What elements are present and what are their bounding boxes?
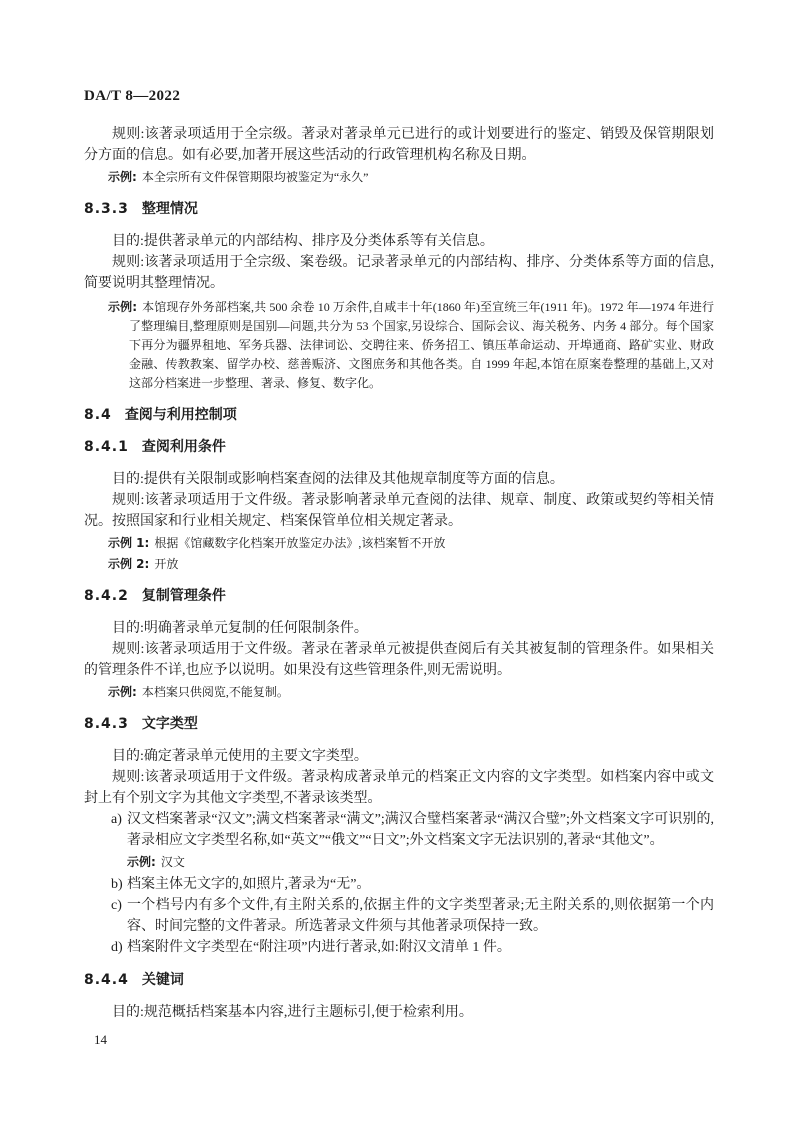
paragraph: 目的:确定著录单元使用的主要文字类型。 — [84, 746, 714, 767]
heading-number: 8.4.2 — [84, 588, 129, 604]
list-item-label: c) — [111, 895, 127, 937]
example: 示例:本档案只供阅览,不能复制。 — [84, 683, 714, 702]
paragraph: 规则:该著录项适用于全宗级、案卷级。记录著录单元的内部结构、排序、分类体系等方面… — [84, 252, 714, 294]
heading-title: 复制管理条件 — [142, 588, 226, 604]
heading-title: 整理情况 — [142, 201, 198, 217]
example-label: 示例: — [108, 300, 137, 314]
heading-title: 查阅与利用控制项 — [125, 407, 237, 423]
section-heading: 8.4.3文字类型 — [84, 714, 714, 734]
example: 示例:汉文 — [84, 853, 714, 872]
example: 示例 2:开放 — [84, 555, 714, 574]
paragraph: 目的:提供有关限制或影响档案查阅的法律及其他规章制度等方面的信息。 — [84, 469, 714, 490]
list-item: d) 档案附件文字类型在“附注项”内进行著录,如:附汉文清单 1 件。 — [84, 937, 714, 958]
heading-number: 8.3.3 — [84, 201, 129, 217]
section-heading: 8.4.4关键词 — [84, 970, 714, 990]
list-item: b) 档案主体无文字的,如照片,著录为“无”。 — [84, 874, 714, 895]
paragraph: 规则:该著录项适用于全宗级。著录对著录单元已进行的或计划要进行的鉴定、销毁及保管… — [84, 124, 714, 166]
example-text: 本档案只供阅览,不能复制。 — [142, 685, 289, 699]
document-page: DA/T 8—2022 规则:该著录项适用于全宗级。著录对著录单元已进行的或计划… — [0, 0, 793, 1122]
example-label: 示例 1: — [108, 536, 149, 550]
list-item-text: 档案主体无文字的,如照片,著录为“无”。 — [127, 874, 714, 895]
heading-number: 8.4.4 — [84, 972, 129, 988]
example: 示例:本全宗所有文件保管期限均被鉴定为“永久” — [84, 168, 714, 187]
list-item-label: a) — [111, 809, 127, 851]
heading-title: 文字类型 — [142, 716, 198, 732]
paragraph: 规则:该著录项适用于文件级。著录构成著录单元的档案正文内容的文字类型。如档案内容… — [84, 767, 714, 809]
example-label: 示例: — [127, 855, 156, 869]
paragraph: 目的:规范概括档案基本内容,进行主题标引,便于检索利用。 — [84, 1002, 714, 1023]
paragraph: 目的:提供著录单元的内部结构、排序及分类体系等有关信息。 — [84, 231, 714, 252]
heading-title: 查阅利用条件 — [142, 439, 226, 455]
paragraph: 规则:该著录项适用于文件级。著录影响著录单元查阅的法律、规章、制度、政策或契约等… — [84, 490, 714, 532]
example-text: 本馆现存外务部档案,共 500 余卷 10 万余件,自咸丰十年(1860 年)至… — [129, 300, 714, 390]
section-heading: 8.4.1查阅利用条件 — [84, 437, 714, 457]
list-item: c) 一个档号内有多个文件,有主附关系的,依据主件的文字类型著录;无主附关系的,… — [84, 895, 714, 937]
list-item-text: 档案附件文字类型在“附注项”内进行著录,如:附汉文清单 1 件。 — [127, 937, 714, 958]
list-item-text: 汉文档案著录“汉文”;满文档案著录“满文”;满汉合璧档案著录“满汉合璧”;外文档… — [127, 809, 714, 851]
standard-code: DA/T 8—2022 — [84, 88, 180, 105]
section-heading: 8.3.3整理情况 — [84, 199, 714, 219]
list-item-label: b) — [111, 874, 127, 895]
example-text: 根据《馆藏数字化档案开放鉴定办法》,该档案暂不开放 — [154, 536, 445, 550]
document-content: 规则:该著录项适用于全宗级。著录对著录单元已进行的或计划要进行的鉴定、销毁及保管… — [84, 124, 714, 1023]
example-label: 示例: — [108, 685, 137, 699]
paragraph: 目的:明确著录单元复制的任何限制条件。 — [84, 618, 714, 639]
heading-number: 8.4.3 — [84, 716, 129, 732]
list-item: a) 汉文档案著录“汉文”;满文档案著录“满文”;满汉合璧档案著录“满汉合璧”;… — [84, 809, 714, 851]
example: 示例 1:根据《馆藏数字化档案开放鉴定办法》,该档案暂不开放 — [84, 534, 714, 553]
example-text: 本全宗所有文件保管期限均被鉴定为“永久” — [142, 170, 369, 184]
example-label: 示例: — [108, 170, 137, 184]
example-text: 开放 — [154, 557, 178, 571]
heading-number: 8.4.1 — [84, 439, 129, 455]
section-heading: 8.4查阅与利用控制项 — [84, 405, 714, 425]
list-item-label: d) — [111, 937, 127, 958]
example-text: 汉文 — [161, 855, 185, 869]
heading-title: 关键词 — [142, 972, 184, 988]
section-heading: 8.4.2复制管理条件 — [84, 586, 714, 606]
paragraph: 规则:该著录项适用于文件级。著录在著录单元被提供查阅后有关其被复制的管理条件。如… — [84, 639, 714, 681]
page-number: 14 — [94, 1032, 107, 1048]
example-label: 示例 2: — [108, 557, 149, 571]
example-block: 示例:本馆现存外务部档案,共 500 余卷 10 万余件,自咸丰十年(1860 … — [84, 298, 714, 393]
heading-number: 8.4 — [84, 407, 112, 423]
list-item-text: 一个档号内有多个文件,有主附关系的,依据主件的文字类型著录;无主附关系的,则依据… — [127, 895, 714, 937]
